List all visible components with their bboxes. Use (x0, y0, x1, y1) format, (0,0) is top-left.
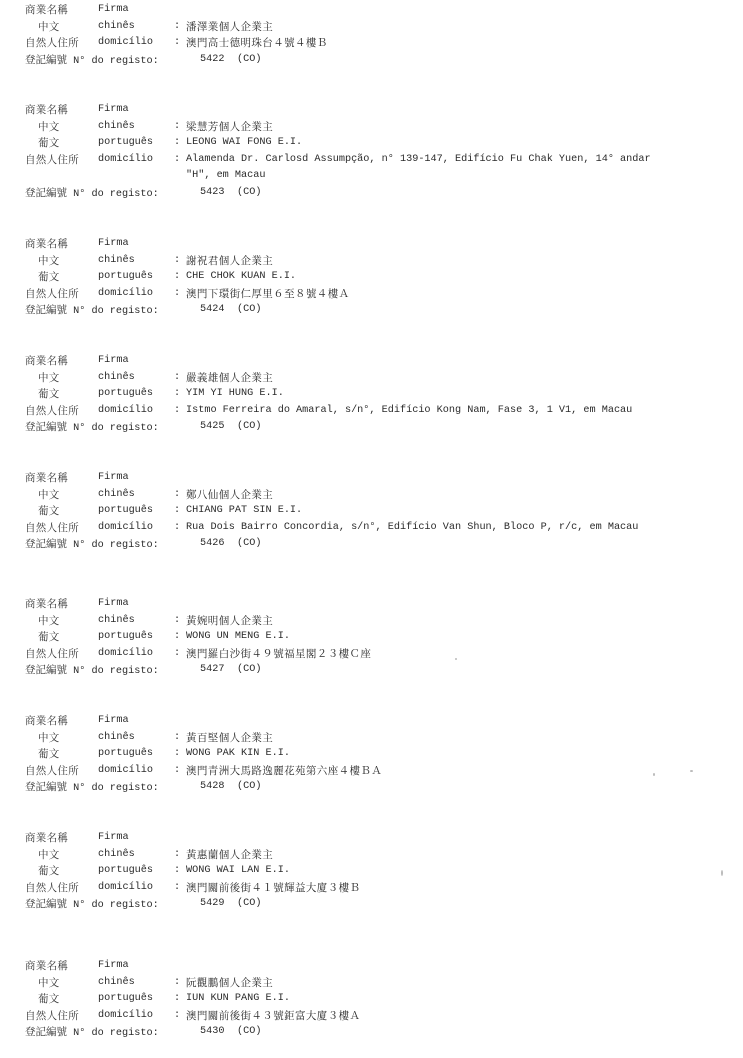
registry-entry-5424: 商業名稱 Firma 中文 chinês : 謝祝君個人企業主 葡文 portu… (0, 236, 743, 319)
registry-number: 5427 (200, 662, 224, 679)
chinese-name-value: 梁慧芳個人企業主 (186, 119, 273, 136)
portuguese-label-zh: 葡文 (38, 863, 60, 880)
domicile-label-pt: domicílio (98, 763, 153, 780)
firm-label-pt: Firma (98, 596, 129, 613)
domicile-value-continued: "H", em Macau (186, 168, 265, 185)
portuguese-name-value: IUN KUN PANG E.I. (186, 991, 290, 1008)
domicile-label-pt: domicílio (98, 646, 153, 663)
domicile-label-pt: domicílio (98, 403, 153, 420)
firm-header-row: 商業名稱 Firma (0, 102, 743, 119)
domicile-label-zh: 自然人住所 (25, 1008, 79, 1025)
firm-label-zh: 商業名稱 (25, 102, 68, 119)
portuguese-label-zh: 葡文 (38, 386, 60, 403)
scan-speck (721, 870, 723, 876)
portuguese-name-row: 葡文 português : CHIANG PAT SIN E.I. (0, 503, 743, 520)
registry-number: 5430 (200, 1024, 224, 1041)
colon: : (174, 119, 180, 136)
firm-label-pt: Firma (98, 470, 129, 487)
colon: : (174, 880, 180, 897)
registry-label-zh: 登記編號 (25, 421, 67, 433)
firm-label-zh: 商業名稱 (25, 2, 68, 19)
firm-label-pt: Firma (98, 102, 129, 119)
chinese-name-value: 鄭八仙個人企業主 (186, 487, 273, 504)
portuguese-label-zh: 葡文 (38, 503, 60, 520)
chinese-name-row: 中文 chinês : 嚴義雄個人企業主 (0, 370, 743, 387)
portuguese-label-zh: 葡文 (38, 629, 60, 646)
colon: : (174, 135, 180, 152)
registry-code: (CO) (237, 662, 261, 679)
scan-speck (455, 658, 457, 660)
registry-entry-5423: 商業名稱 Firma 中文 chinês : 梁慧芳個人企業主 葡文 portu… (0, 102, 743, 202)
domicile-label-pt: domicílio (98, 35, 153, 52)
domicile-label-zh: 自然人住所 (25, 763, 79, 780)
registry-code: (CO) (237, 52, 261, 69)
registry-label-pt: N° do registo: (73, 56, 159, 67)
portuguese-label-pt: português (98, 629, 153, 646)
registry-entry-5430: 商業名稱 Firma 中文 chinês : 阮觀鵬個人企業主 葡文 portu… (0, 958, 743, 1041)
registry-label: 登記編號 N° do registo: (25, 185, 159, 204)
portuguese-label-pt: português (98, 503, 153, 520)
registry-label-zh: 登記編號 (25, 304, 67, 316)
portuguese-label-zh: 葡文 (38, 135, 60, 152)
chinese-label-zh: 中文 (38, 253, 60, 270)
domicile-label-zh: 自然人住所 (25, 35, 79, 52)
portuguese-label-pt: português (98, 269, 153, 286)
domicile-row: 自然人住所 domicílio : 澳門青洲大馬路逸麗花苑第六座４樓ＢＡ (0, 763, 743, 780)
chinese-name-value: 嚴義雄個人企業主 (186, 370, 273, 387)
registry-number-row: 登記編號 N° do registo: 5429 (CO) (0, 896, 743, 913)
firm-header-row: 商業名稱 Firma (0, 713, 743, 730)
domicile-label-pt: domicílio (98, 520, 153, 537)
domicile-row: 自然人住所 domicílio : Istmo Ferreira do Amar… (0, 403, 743, 420)
colon: : (174, 370, 180, 387)
chinese-name-value: 黃婉明個人企業主 (186, 613, 273, 630)
firm-header-row: 商業名稱 Firma (0, 470, 743, 487)
registry-label-zh: 登記編號 (25, 1026, 67, 1038)
chinese-name-row: 中文 chinês : 黃婉明個人企業主 (0, 613, 743, 630)
chinese-label-pt: chinês (98, 487, 135, 504)
domicile-label-zh: 自然人住所 (25, 646, 79, 663)
chinese-name-value: 阮觀鵬個人企業主 (186, 975, 273, 992)
chinese-name-value: 潘澤業個人企業主 (186, 19, 273, 36)
domicile-label-pt: domicílio (98, 286, 153, 303)
registry-number-row: 登記編號 N° do registo: 5423 (CO) (0, 185, 743, 202)
firm-header-row: 商業名稱 Firma (0, 2, 743, 19)
registry-number: 5429 (200, 896, 224, 913)
registry-code: (CO) (237, 779, 261, 796)
colon: : (174, 503, 180, 520)
portuguese-name-row: 葡文 português : CHE CHOK KUAN E.I. (0, 269, 743, 286)
registry-label-zh: 登記編號 (25, 54, 67, 66)
domicile-value: Alamenda Dr. Carlosd Assumpção, n° 139-1… (186, 152, 651, 169)
chinese-label-pt: chinês (98, 19, 135, 36)
domicile-value: 澳門關前後街４１號輝益大廈３樓Ｂ (186, 880, 360, 897)
firm-label-pt: Firma (98, 353, 129, 370)
registry-label: 登記編號 N° do registo: (25, 536, 159, 555)
firm-label-zh: 商業名稱 (25, 236, 68, 253)
registry-entry-5425: 商業名稱 Firma 中文 chinês : 嚴義雄個人企業主 葡文 portu… (0, 353, 743, 436)
registry-label: 登記編號 N° do registo: (25, 1024, 159, 1043)
chinese-label-zh: 中文 (38, 119, 60, 136)
registry-number: 5422 (200, 52, 224, 69)
firm-label-zh: 商業名稱 (25, 958, 68, 975)
registry-label: 登記編號 N° do registo: (25, 662, 159, 681)
portuguese-name-value: WONG PAK KIN E.I. (186, 746, 290, 763)
portuguese-label-pt: português (98, 386, 153, 403)
portuguese-name-row: 葡文 português : LEONG WAI FONG E.I. (0, 135, 743, 152)
registry-entry-5427: 商業名稱 Firma 中文 chinês : 黃婉明個人企業主 葡文 portu… (0, 596, 743, 679)
firm-label-pt: Firma (98, 830, 129, 847)
firm-header-row: 商業名稱 Firma (0, 353, 743, 370)
registry-label-pt: N° do registo: (73, 783, 159, 794)
chinese-label-pt: chinês (98, 119, 135, 136)
registry-label: 登記編號 N° do registo: (25, 779, 159, 798)
chinese-label-zh: 中文 (38, 730, 60, 747)
registry-entry-5428: 商業名稱 Firma 中文 chinês : 黃百堅個人企業主 葡文 portu… (0, 713, 743, 796)
domicile-label-pt: domicílio (98, 152, 153, 169)
firm-label-zh: 商業名稱 (25, 713, 68, 730)
colon: : (174, 746, 180, 763)
colon: : (174, 646, 180, 663)
domicile-row: 自然人住所 domicílio : 澳門關前後街４１號輝益大廈３樓Ｂ (0, 880, 743, 897)
domicile-row: 自然人住所 domicílio : 澳門下環街仁厚里６至８號４樓Ａ (0, 286, 743, 303)
colon: : (174, 286, 180, 303)
domicile-value: 澳門高士德明珠台４號４樓Ｂ (186, 35, 328, 52)
registry-code: (CO) (237, 419, 261, 436)
registry-label-zh: 登記編號 (25, 898, 67, 910)
chinese-name-value: 黃惠蘭個人企業主 (186, 847, 273, 864)
domicile-row: 自然人住所 domicílio : Rua Dois Bairro Concor… (0, 520, 743, 537)
registry-number: 5428 (200, 779, 224, 796)
domicile-label-pt: domicílio (98, 1008, 153, 1025)
registry-code: (CO) (237, 896, 261, 913)
chinese-label-zh: 中文 (38, 370, 60, 387)
portuguese-name-row: 葡文 português : WONG WAI LAN E.I. (0, 863, 743, 880)
firm-label-zh: 商業名稱 (25, 830, 68, 847)
registry-code: (CO) (237, 1024, 261, 1041)
portuguese-label-zh: 葡文 (38, 269, 60, 286)
registry-number-row: 登記編號 N° do registo: 5428 (CO) (0, 779, 743, 796)
portuguese-name-value: YIM YI HUNG E.I. (186, 386, 284, 403)
colon: : (174, 386, 180, 403)
registry-label-zh: 登記編號 (25, 664, 67, 676)
registry-label-pt: N° do registo: (73, 306, 159, 317)
colon: : (174, 847, 180, 864)
domicile-label-zh: 自然人住所 (25, 286, 79, 303)
colon: : (174, 975, 180, 992)
portuguese-name-row: 葡文 português : WONG UN MENG E.I. (0, 629, 743, 646)
portuguese-name-value: WONG UN MENG E.I. (186, 629, 290, 646)
domicile-row: 自然人住所 domicílio : 澳門高士德明珠台４號４樓Ｂ (0, 35, 743, 52)
domicile-label-zh: 自然人住所 (25, 403, 79, 420)
scan-speck (690, 770, 693, 772)
portuguese-label-pt: português (98, 991, 153, 1008)
domicile-row: 自然人住所 domicílio : Alamenda Dr. Carlosd A… (0, 152, 743, 169)
registry-label-pt: N° do registo: (73, 540, 159, 551)
domicile-value: Istmo Ferreira do Amaral, s/n°, Edifício… (186, 403, 632, 420)
domicile-row: 自然人住所 domicílio : 澳門羅白沙街４９號福星閣２３樓Ｃ座 (0, 646, 743, 663)
portuguese-name-row: 葡文 português : YIM YI HUNG E.I. (0, 386, 743, 403)
firm-label-pt: Firma (98, 958, 129, 975)
registry-code: (CO) (237, 302, 261, 319)
chinese-label-pt: chinês (98, 370, 135, 387)
colon: : (174, 520, 180, 537)
chinese-name-row: 中文 chinês : 梁慧芳個人企業主 (0, 119, 743, 136)
registry-number-row: 登記編號 N° do registo: 5430 (CO) (0, 1024, 743, 1041)
scan-speck (653, 773, 655, 776)
registry-number: 5425 (200, 419, 224, 436)
chinese-name-row: 中文 chinês : 黃百堅個人企業主 (0, 730, 743, 747)
registry-entry-5426: 商業名稱 Firma 中文 chinês : 鄭八仙個人企業主 葡文 portu… (0, 470, 743, 553)
firm-label-pt: Firma (98, 713, 129, 730)
registry-number-row: 登記編號 N° do registo: 5426 (CO) (0, 536, 743, 553)
registry-number-row: 登記編號 N° do registo: 5422 (CO) (0, 52, 743, 69)
colon: : (174, 613, 180, 630)
registry-number: 5423 (200, 185, 224, 202)
chinese-name-row: 中文 chinês : 黃惠蘭個人企業主 (0, 847, 743, 864)
chinese-label-zh: 中文 (38, 613, 60, 630)
domicile-value: Rua Dois Bairro Concordia, s/n°, Edifíci… (186, 520, 638, 537)
registry-entry-5422: 商業名稱 Firma 中文 chinês : 潘澤業個人企業主 自然人住所 do… (0, 2, 743, 68)
chinese-label-pt: chinês (98, 847, 135, 864)
colon: : (174, 629, 180, 646)
chinese-name-row: 中文 chinês : 阮觀鵬個人企業主 (0, 975, 743, 992)
firm-label-zh: 商業名稱 (25, 353, 68, 370)
registry-label: 登記編號 N° do registo: (25, 302, 159, 321)
registry-number: 5424 (200, 302, 224, 319)
registry-label: 登記編號 N° do registo: (25, 896, 159, 915)
domicile-value: 澳門關前後街４３號鉅富大廈３樓Ａ (186, 1008, 360, 1025)
chinese-label-pt: chinês (98, 253, 135, 270)
domicile-label-zh: 自然人住所 (25, 152, 79, 169)
colon: : (174, 991, 180, 1008)
domicile-label-pt: domicílio (98, 880, 153, 897)
domicile-row: 自然人住所 domicílio : 澳門關前後街４３號鉅富大廈３樓Ａ (0, 1008, 743, 1025)
registry-number-row: 登記編號 N° do registo: 5424 (CO) (0, 302, 743, 319)
firm-header-row: 商業名稱 Firma (0, 596, 743, 613)
portuguese-name-value: CHE CHOK KUAN E.I. (186, 269, 296, 286)
colon: : (174, 763, 180, 780)
domicile-value: 澳門青洲大馬路逸麗花苑第六座４樓ＢＡ (186, 763, 382, 780)
chinese-name-row: 中文 chinês : 鄭八仙個人企業主 (0, 487, 743, 504)
chinese-label-pt: chinês (98, 975, 135, 992)
colon: : (174, 730, 180, 747)
registry-label-pt: N° do registo: (73, 423, 159, 434)
registry-label-pt: N° do registo: (73, 1028, 159, 1039)
firm-header-row: 商業名稱 Firma (0, 958, 743, 975)
colon: : (174, 269, 180, 286)
colon: : (174, 863, 180, 880)
colon: : (174, 487, 180, 504)
registry-label-zh: 登記編號 (25, 187, 67, 199)
registry-label-pt: N° do registo: (73, 189, 159, 200)
portuguese-label-pt: português (98, 863, 153, 880)
colon: : (174, 403, 180, 420)
portuguese-label-zh: 葡文 (38, 746, 60, 763)
firm-header-row: 商業名稱 Firma (0, 830, 743, 847)
registry-number: 5426 (200, 536, 224, 553)
portuguese-name-row: 葡文 português : WONG PAK KIN E.I. (0, 746, 743, 763)
firm-label-pt: Firma (98, 2, 129, 19)
domicile-label-zh: 自然人住所 (25, 880, 79, 897)
portuguese-name-value: WONG WAI LAN E.I. (186, 863, 290, 880)
chinese-name-value: 謝祝君個人企業主 (186, 253, 273, 270)
registry-number-row: 登記編號 N° do registo: 5427 (CO) (0, 662, 743, 679)
registry-label: 登記編號 N° do registo: (25, 52, 159, 71)
chinese-name-value: 黃百堅個人企業主 (186, 730, 273, 747)
domicile-continuation-row: "H", em Macau (0, 168, 743, 185)
chinese-label-pt: chinês (98, 613, 135, 630)
registry-label-pt: N° do registo: (73, 666, 159, 677)
chinese-label-zh: 中文 (38, 19, 60, 36)
registry-label-zh: 登記編號 (25, 781, 67, 793)
registry-label: 登記編號 N° do registo: (25, 419, 159, 438)
firm-label-zh: 商業名稱 (25, 596, 68, 613)
chinese-label-zh: 中文 (38, 975, 60, 992)
colon: : (174, 19, 180, 36)
portuguese-label-zh: 葡文 (38, 991, 60, 1008)
chinese-label-zh: 中文 (38, 847, 60, 864)
portuguese-name-value: LEONG WAI FONG E.I. (186, 135, 302, 152)
chinese-name-row: 中文 chinês : 謝祝君個人企業主 (0, 253, 743, 270)
portuguese-name-row: 葡文 português : IUN KUN PANG E.I. (0, 991, 743, 1008)
registry-number-row: 登記編號 N° do registo: 5425 (CO) (0, 419, 743, 436)
domicile-value: 澳門羅白沙街４９號福星閣２３樓Ｃ座 (186, 646, 371, 663)
chinese-name-row: 中文 chinês : 潘澤業個人企業主 (0, 19, 743, 36)
portuguese-label-pt: português (98, 746, 153, 763)
registry-entry-5429: 商業名稱 Firma 中文 chinês : 黃惠蘭個人企業主 葡文 portu… (0, 830, 743, 913)
registry-code: (CO) (237, 536, 261, 553)
firm-label-zh: 商業名稱 (25, 470, 68, 487)
firm-header-row: 商業名稱 Firma (0, 236, 743, 253)
colon: : (174, 1008, 180, 1025)
colon: : (174, 152, 180, 169)
chinese-label-pt: chinês (98, 730, 135, 747)
firm-label-pt: Firma (98, 236, 129, 253)
domicile-value: 澳門下環街仁厚里６至８號４樓Ａ (186, 286, 350, 303)
chinese-label-zh: 中文 (38, 487, 60, 504)
registry-label-zh: 登記編號 (25, 538, 67, 550)
domicile-label-zh: 自然人住所 (25, 520, 79, 537)
colon: : (174, 35, 180, 52)
registry-label-pt: N° do registo: (73, 900, 159, 911)
registry-code: (CO) (237, 185, 261, 202)
portuguese-name-value: CHIANG PAT SIN E.I. (186, 503, 302, 520)
colon: : (174, 253, 180, 270)
portuguese-label-pt: português (98, 135, 153, 152)
